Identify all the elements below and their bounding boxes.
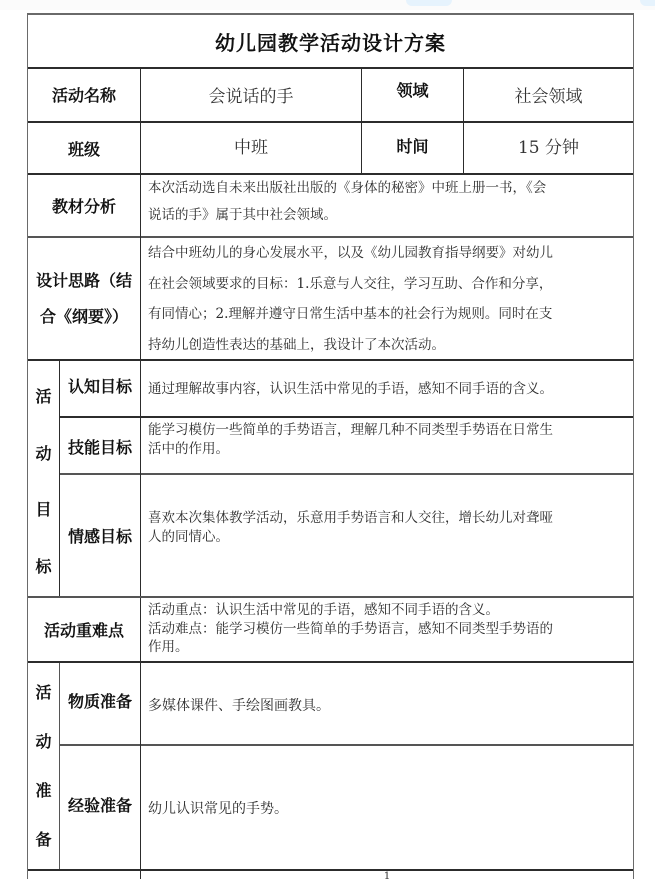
column-divider (140, 361, 141, 596)
key-point-line: 活动难点：能学习模仿一些简单的手势语言，感知不同类型手势语的 (148, 620, 553, 639)
goals-group-char: 动 (35, 441, 51, 464)
key-point-line: 作用。 (148, 638, 553, 657)
design-idea-line: 持幼儿创造性表达的基础上，我设计了本次活动。 (148, 330, 553, 361)
emotional-goal-line: 喜欢本次集体教学活动，乐意用手势语言和人交往，增长幼儿对聋哑 (148, 509, 553, 528)
goals-group-char: 标 (35, 554, 51, 577)
experience-prep-value: 幼儿认识常见的手势。 (148, 798, 288, 818)
key-point-line: 活动重点：认识生活中常见的手语，感知不同手语的含义。 (148, 601, 553, 620)
column-divider (361, 69, 362, 174)
material-prep-text: 多媒体课件、手绘图画教具。 (141, 663, 633, 746)
material-analysis-text: 本次活动选自未来出版社出版的《身体的秘密》中班上册一书，《会 说话的手》属于其中… (141, 175, 633, 236)
activity-name-value: 会说话的手 (141, 69, 361, 120)
column-divider (140, 175, 141, 359)
goals-group-char: 目 (35, 497, 51, 520)
domain-value: 社会领域 (464, 69, 633, 120)
emotional-goal-text: 喜欢本次集体教学活动，乐意用手势语言和人交往，增长幼儿对聋哑 人的同情心。 (141, 475, 633, 596)
emotional-goal-line: 人的同情心。 (148, 528, 553, 547)
design-idea-line: 结合中班幼儿的身心发展水平，以及《幼儿园教育指导纲要》对幼儿 (148, 238, 553, 269)
document-page: 幼儿园教学活动设计方案 活动名称 会说话的手 领域 社会领域 班级 中班 时间 … (27, 13, 634, 879)
goals-group-label: 活 动 目 标 (28, 361, 59, 596)
time-label: 时间 (362, 123, 463, 167)
cognitive-goal-line: 通过理解故事内容，认识生活中常见的手语，感知不同手语的含义。 (148, 380, 553, 398)
preparation-group-char: 备 (35, 827, 51, 850)
preparation-group-char: 动 (35, 729, 51, 752)
design-idea-line: 在社会领域要求的目标：1.乐意与人交往，学习互助、合作和分享， (148, 269, 553, 300)
class-label: 班级 (28, 123, 140, 173)
toolbar-tab-pill (406, 0, 452, 6)
skill-goal-text: 能学习模仿一些简单的手势语言，理解几种不同类型手势语在日常生 活中的作用。 (141, 418, 633, 474)
material-analysis-label: 教材分析 (28, 175, 140, 236)
class-value: 中班 (141, 123, 361, 167)
page-number: 1 (141, 870, 633, 879)
goals-group-char: 活 (35, 384, 51, 407)
experience-prep-label: 经验准备 (60, 746, 140, 862)
experience-prep-text: 幼儿认识常见的手势。 (141, 746, 633, 869)
time-value: 15 分钟 (464, 123, 633, 167)
material-prep-label: 物质准备 (60, 663, 140, 738)
design-idea-label-line: 设计思路（结 (36, 263, 132, 299)
skill-goal-label: 技能目标 (60, 418, 140, 474)
skill-goal-line: 活中的作用。 (148, 440, 553, 459)
domain-label: 领域 (362, 69, 463, 109)
document-title: 幼儿园教学活动设计方案 (28, 15, 633, 67)
skill-goal-line: 能学习模仿一些简单的手势语言，理解几种不同类型手势语在日常生 (148, 421, 553, 440)
design-idea-label: 设计思路（结 合《纲要》） (28, 238, 140, 359)
column-divider (140, 69, 141, 174)
material-analysis-line: 本次活动选自未来出版社出版的《身体的秘密》中班上册一书，《会 (148, 175, 546, 202)
window-top-strip (0, 0, 655, 10)
cognitive-goal-label: 认知目标 (60, 361, 140, 409)
design-idea-text: 结合中班幼儿的身心发展水平，以及《幼儿园教育指导纲要》对幼儿 在社会领域要求的目… (141, 238, 633, 359)
design-idea-label-line: 合《纲要》） (40, 299, 128, 335)
column-divider (463, 69, 464, 174)
cognitive-goal-text: 通过理解故事内容，认识生活中常见的手语，感知不同手语的含义。 (141, 361, 633, 417)
key-points-text: 活动重点：认识生活中常见的手语，感知不同手语的含义。 活动难点：能学习模仿一些简… (141, 598, 633, 661)
material-analysis-line: 说话的手》属于其中社会领域。 (148, 202, 546, 229)
preparation-group-label: 活 动 准 备 (28, 663, 59, 869)
design-idea-line: 有同情心；2.理解并遵守日常生活中基本的社会行为规则。同时在支 (148, 299, 553, 330)
column-divider (140, 598, 141, 661)
preparation-group-char: 准 (35, 778, 51, 801)
preparation-group-char: 活 (35, 680, 51, 703)
toolbar-tab-pill (640, 0, 655, 6)
column-divider (140, 663, 141, 869)
emotional-goal-label: 情感目标 (60, 475, 140, 596)
activity-name-label: 活动名称 (28, 69, 140, 120)
key-points-label: 活动重难点 (28, 598, 140, 661)
material-prep-value: 多媒体课件、手绘图画教具。 (148, 695, 330, 715)
